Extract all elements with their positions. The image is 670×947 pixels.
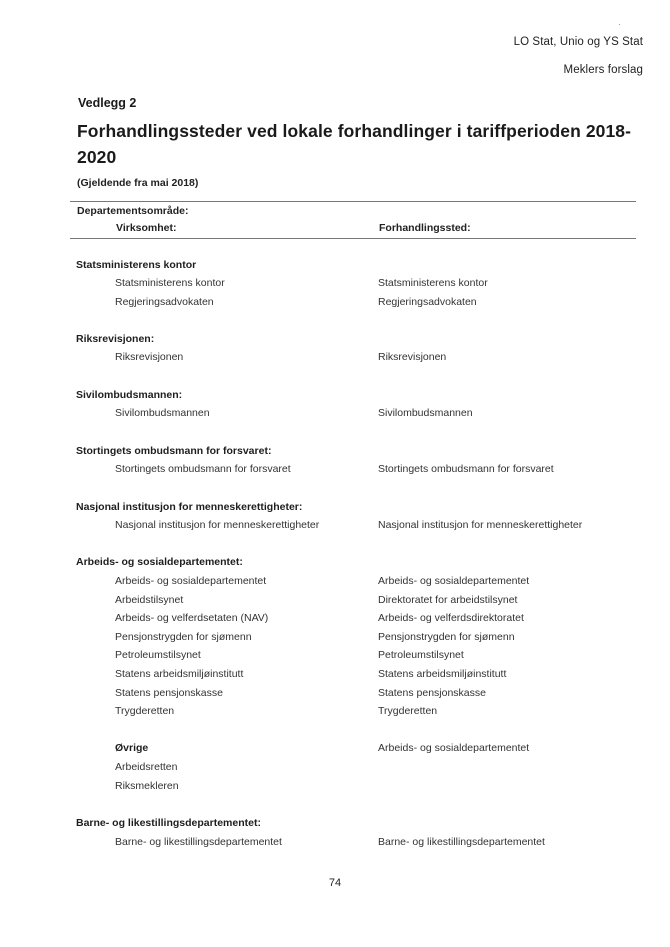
document-page: LO Stat, Unio og YS Stat Meklers forslag… bbox=[0, 0, 670, 947]
negotiation-place: Statens arbeidsmiljøinstitutt bbox=[378, 668, 506, 680]
table-header-bottom-rule bbox=[70, 238, 636, 239]
entity-name: Pensjonstrygden for sjømenn bbox=[115, 631, 252, 643]
negotiation-place: Direktoratet for arbeidstilsynet bbox=[378, 594, 517, 606]
negotiation-place: Arbeids- og sosialdepartementet bbox=[378, 575, 529, 587]
entity-name: Petroleumstilsynet bbox=[115, 649, 201, 661]
entity-name: Riksrevisjonen bbox=[115, 351, 183, 363]
entity-name: Trygderetten bbox=[115, 705, 174, 717]
entity-name: Statsministerens kontor bbox=[115, 277, 225, 289]
department-heading: Statsministerens kontor bbox=[76, 259, 196, 271]
header-mediator-proposal: Meklers forslag bbox=[564, 64, 643, 76]
entity-name: Nasjonal institusjon for menneskerettigh… bbox=[115, 519, 319, 531]
entity-name: Regjeringsadvokaten bbox=[115, 296, 214, 308]
entity-name: Statens arbeidsmiljøinstitutt bbox=[115, 668, 243, 680]
department-heading: Arbeids- og sosialdepartementet: bbox=[76, 556, 243, 568]
entity-name: Riksmekleren bbox=[115, 780, 179, 792]
entity-name: Arbeids- og sosialdepartementet bbox=[115, 575, 266, 587]
negotiation-place: Riksrevisjonen bbox=[378, 351, 446, 363]
header-parties: LO Stat, Unio og YS Stat bbox=[514, 36, 643, 48]
column-header-negotiation-place: Forhandlingssted: bbox=[379, 222, 471, 234]
page-title: Forhandlingssteder ved lokale forhandlin… bbox=[77, 118, 637, 170]
appendix-label: Vedlegg 2 bbox=[78, 96, 136, 110]
negotiation-place: Statens pensjonskasse bbox=[378, 687, 486, 699]
entity-name: Barne- og likestillingsdepartementet bbox=[115, 836, 282, 848]
negotiation-place: Arbeids- og velferdsdirektoratet bbox=[378, 612, 524, 624]
entity-name: Statens pensjonskasse bbox=[115, 687, 223, 699]
department-heading: Stortingets ombudsmann for forsvaret: bbox=[76, 445, 271, 457]
negotiation-place: Arbeids- og sosialdepartementet bbox=[378, 742, 529, 754]
department-heading: Barne- og likestillingsdepartementet: bbox=[76, 817, 261, 829]
negotiation-place: Nasjonal institusjon for menneskerettigh… bbox=[378, 519, 582, 531]
department-heading: Nasjonal institusjon for menneskerettigh… bbox=[76, 501, 302, 513]
negotiation-place: Petroleumstilsynet bbox=[378, 649, 464, 661]
page-subtitle: (Gjeldende fra mai 2018) bbox=[77, 177, 198, 189]
negotiation-place: Trygderetten bbox=[378, 705, 437, 717]
table-header-top-rule bbox=[70, 201, 636, 202]
negotiation-place: Sivilombudsmannen bbox=[378, 407, 473, 419]
entity-name: Arbeidstilsynet bbox=[115, 594, 183, 606]
scan-speck bbox=[619, 24, 620, 25]
entity-name: Stortingets ombudsmann for forsvaret bbox=[115, 463, 291, 475]
column-header-entity: Virksomhet: bbox=[116, 222, 177, 234]
department-heading: Sivilombudsmannen: bbox=[76, 389, 182, 401]
department-heading: Riksrevisjonen: bbox=[76, 333, 154, 345]
page-number: 74 bbox=[0, 877, 670, 889]
subgroup-label: Øvrige bbox=[115, 742, 148, 754]
negotiation-place: Regjeringsadvokaten bbox=[378, 296, 477, 308]
negotiation-place: Barne- og likestillingsdepartementet bbox=[378, 836, 545, 848]
negotiation-place: Pensjonstrygden for sjømenn bbox=[378, 631, 515, 643]
column-header-department-area: Departementsområde: bbox=[77, 205, 188, 217]
negotiation-place: Stortingets ombudsmann for forsvaret bbox=[378, 463, 554, 475]
negotiation-place: Statsministerens kontor bbox=[378, 277, 488, 289]
entity-name: Arbeids- og velferdsetaten (NAV) bbox=[115, 612, 268, 624]
entity-name: Sivilombudsmannen bbox=[115, 407, 210, 419]
entity-name: Arbeidsretten bbox=[115, 761, 177, 773]
